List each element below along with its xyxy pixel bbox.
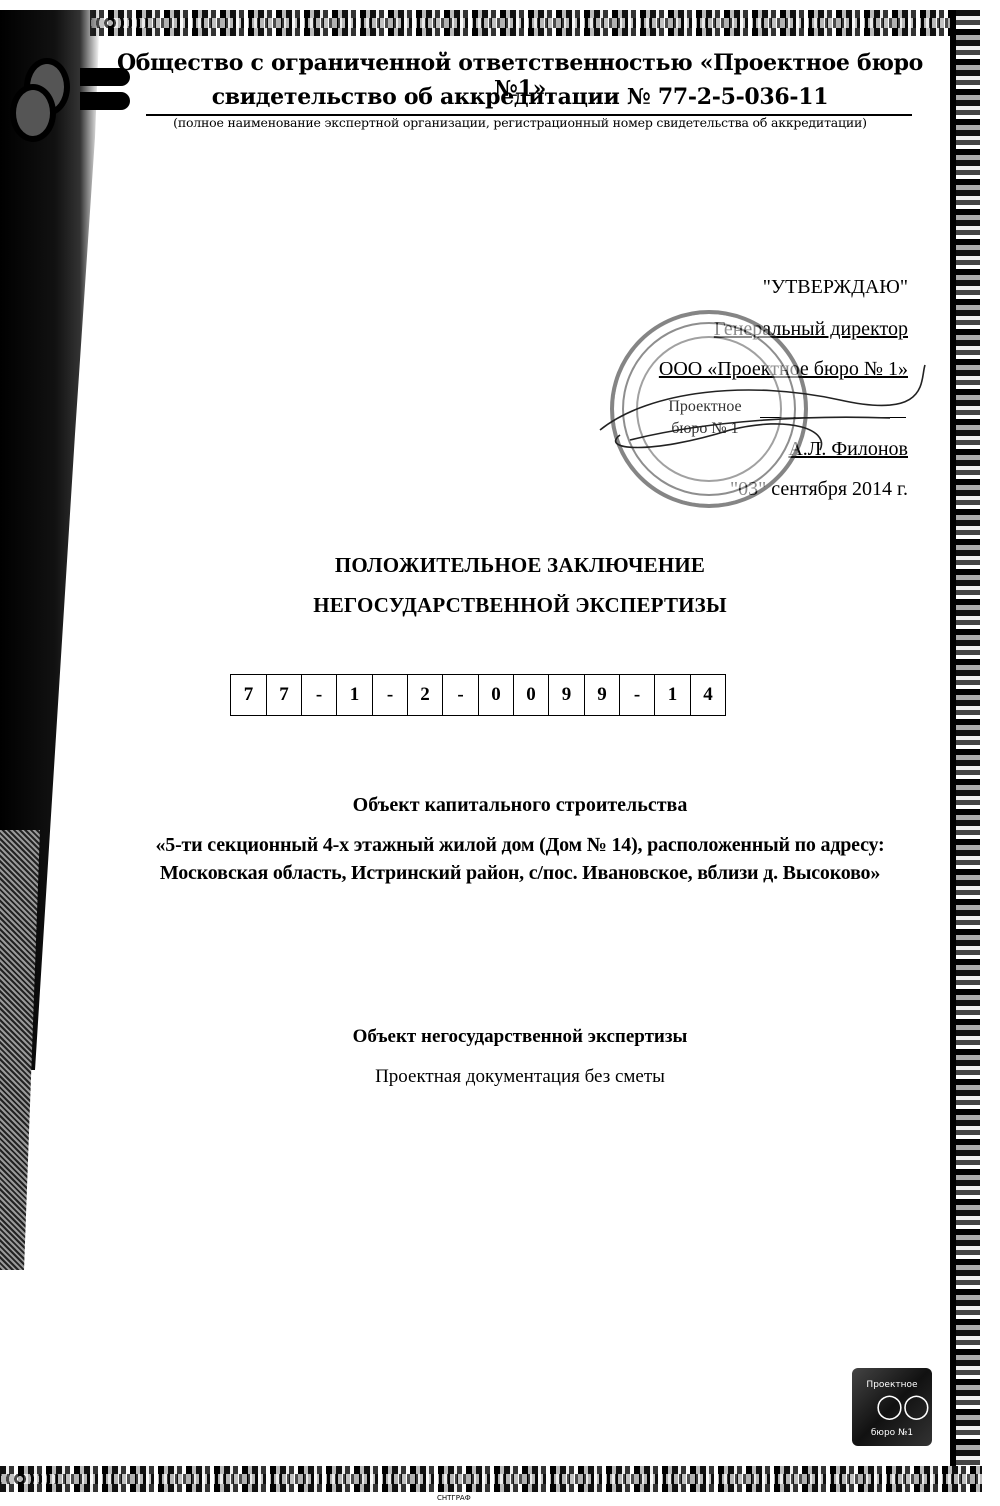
number-cell: 9: [585, 675, 620, 715]
number-cell: 9: [549, 675, 585, 715]
number-cell: 7: [231, 675, 267, 715]
signature-icon: [590, 360, 930, 480]
logo-bottom-text: бюро №1: [852, 1428, 932, 1438]
logo-top-text: Проектное: [852, 1380, 932, 1390]
rings-icon: ◯◯: [876, 1394, 930, 1418]
expertise-object-heading: Объект негосударственной экспертизы: [90, 1026, 950, 1048]
footer-mark: СНТГРАФ: [437, 1494, 471, 1502]
number-cell: 2: [408, 675, 443, 715]
rings-logo-icon: Проектное ◯◯ бюро №1: [852, 1368, 932, 1446]
conclusion-number: 77-1-2-0099-14: [230, 674, 726, 716]
number-cell: -: [620, 675, 655, 715]
number-cell: 0: [514, 675, 549, 715]
document-page: [60, 36, 950, 1466]
capital-object-line1: «5-ти секционный 4-х этажный жилой дом (…: [90, 834, 950, 857]
accreditation-certificate: свидетельство об аккредитации № 77-2-5-0…: [90, 84, 950, 110]
capital-object-heading: Объект капитального строительства: [90, 794, 950, 817]
approval-title: "УТВЕРЖДАЮ": [763, 276, 908, 299]
number-cell: 0: [479, 675, 514, 715]
conclusion-subtitle: НЕГОСУДАРСТВЕННОЙ ЭКСПЕРТИЗЫ: [90, 593, 950, 618]
conclusion-title: ПОЛОЖИТЕЛЬНОЕ ЗАКЛЮЧЕНИЕ: [90, 553, 950, 578]
number-cell: -: [373, 675, 408, 715]
capital-object-line2: Московская область, Истринский район, с/…: [90, 862, 950, 885]
decorative-border-bottom: [0, 1466, 982, 1492]
decorative-border-right: [950, 10, 980, 1492]
number-cell: 1: [337, 675, 373, 715]
number-cell: -: [302, 675, 337, 715]
number-cell: 4: [691, 675, 725, 715]
header-caption: (полное наименование экспертной организа…: [90, 115, 950, 130]
number-cell: 7: [267, 675, 302, 715]
number-cell: -: [443, 675, 479, 715]
expertise-object-value: Проектная документация без сметы: [90, 1066, 950, 1088]
number-cell: 1: [655, 675, 691, 715]
decorative-border-top: [90, 10, 980, 36]
